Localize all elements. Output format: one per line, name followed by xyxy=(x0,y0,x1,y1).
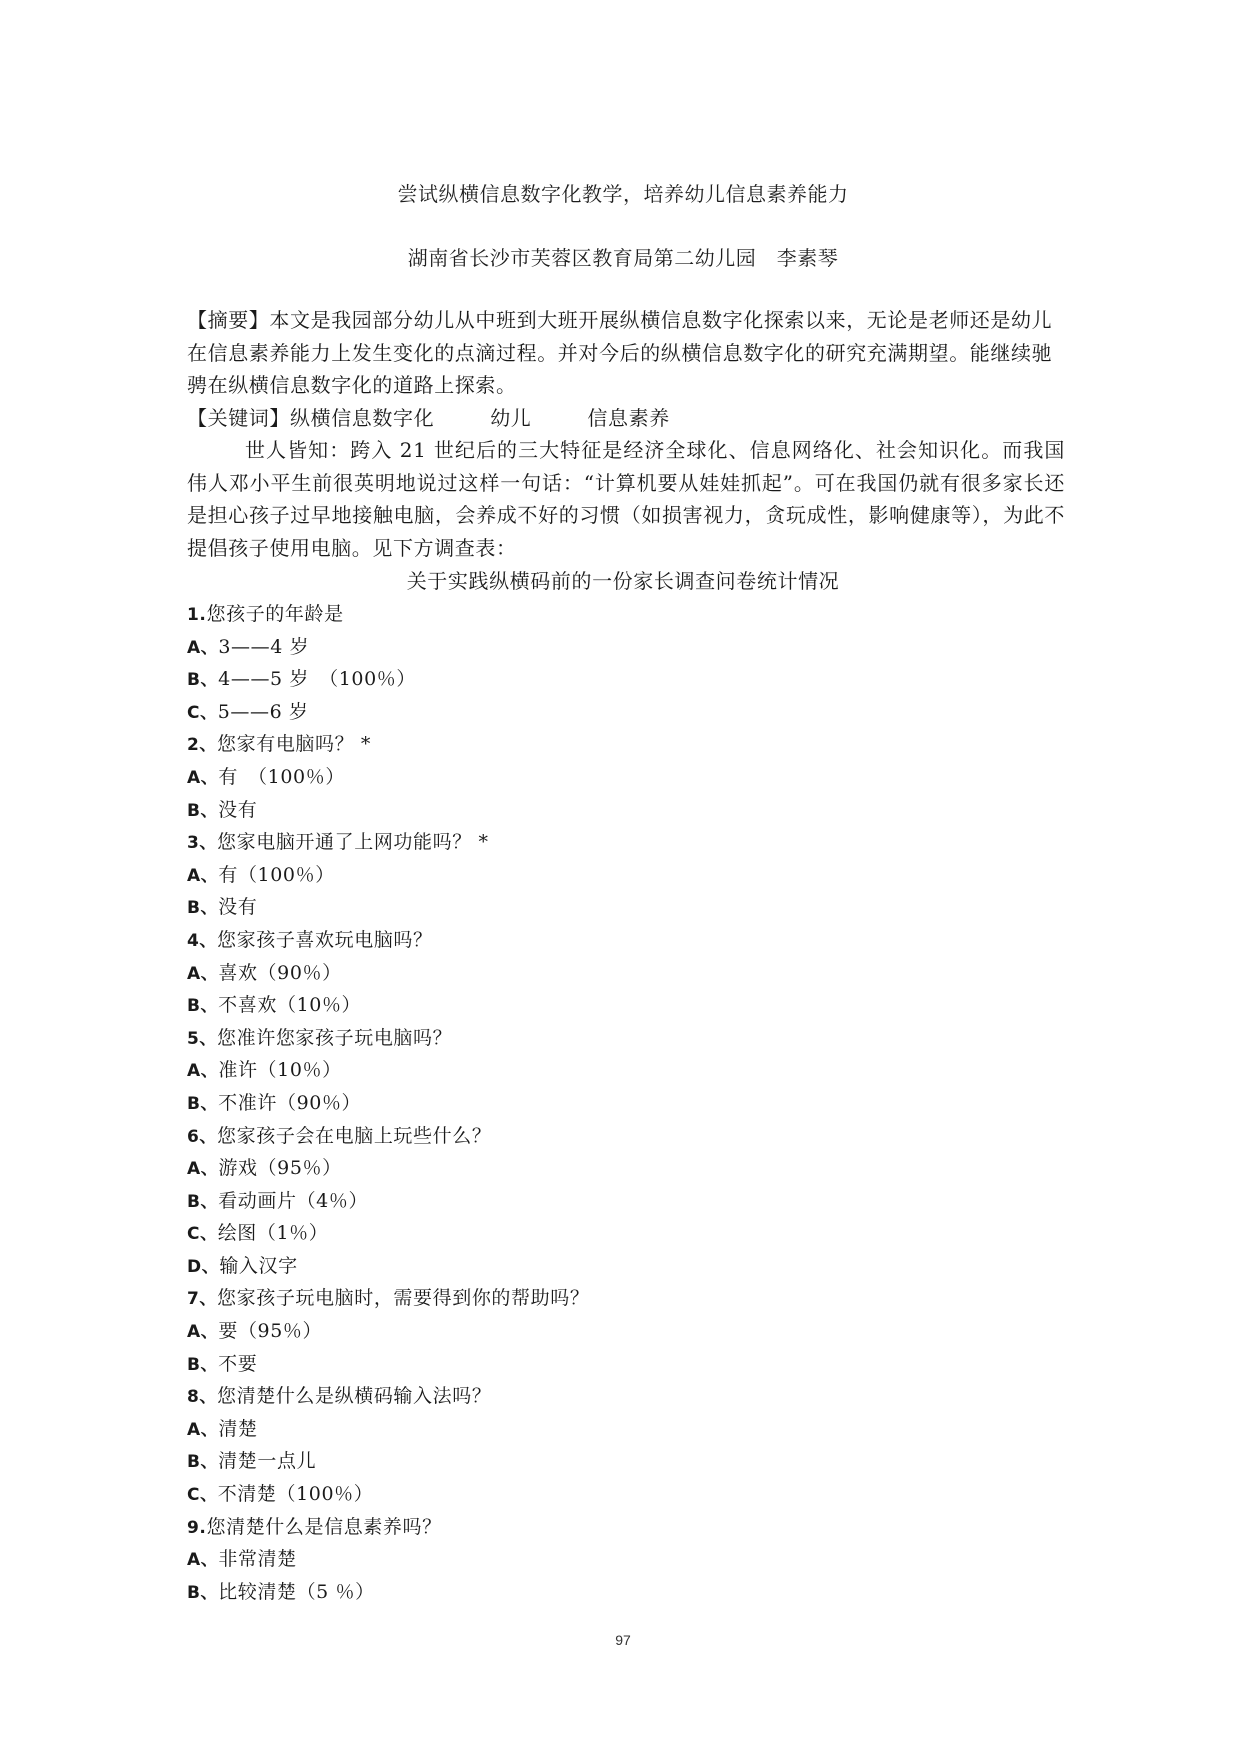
option-key: B、 xyxy=(187,1583,218,1603)
question-number: 6、 xyxy=(187,1127,217,1147)
question-text: 您清楚什么是纵横码输入法吗？ xyxy=(217,1385,491,1407)
option-text: 有 （100％） xyxy=(218,766,345,788)
option-key: A、 xyxy=(187,1420,218,1440)
option-text: 没有 xyxy=(218,896,257,918)
author-line: 湖南省长沙市芙蓉区教育局第二幼儿园 李素琴 xyxy=(0,242,1246,271)
survey-question: 6、您家孩子会在电脑上玩些什么？ xyxy=(187,1120,887,1153)
option-key: B、 xyxy=(187,670,218,690)
survey-option: A、有 （100％） xyxy=(187,761,887,794)
survey-question: 1.您孩子的年龄是 xyxy=(187,598,887,631)
option-text: 不要 xyxy=(218,1353,257,1375)
survey-option: D、输入汉字 xyxy=(187,1250,887,1283)
option-key: A、 xyxy=(187,964,218,984)
keyword-item: 纵横信息数字化 xyxy=(290,406,434,430)
option-text: 绘图（1％） xyxy=(218,1222,329,1244)
survey-option: A、清楚 xyxy=(187,1413,887,1446)
survey-option: A、非常清楚 xyxy=(187,1543,887,1576)
option-text: 不准许（90％） xyxy=(218,1092,361,1114)
option-text: 准许（10％） xyxy=(218,1059,341,1081)
question-number: 5、 xyxy=(187,1029,217,1049)
question-number: 2、 xyxy=(187,735,217,755)
survey-question: 3、您家电脑开通了上网功能吗？ * xyxy=(187,826,887,859)
option-key: B、 xyxy=(187,1094,218,1114)
question-text: 您家孩子会在电脑上玩些什么？ xyxy=(217,1125,491,1147)
survey-option: B、不准许（90％） xyxy=(187,1087,887,1120)
document-title: 尝试纵横信息数字化教学，培养幼儿信息素养能力 xyxy=(0,178,1246,207)
survey-option: B、不要 xyxy=(187,1348,887,1381)
option-key: A、 xyxy=(187,1322,218,1342)
question-text: 您孩子的年龄是 xyxy=(207,603,344,625)
question-text: 您准许您家孩子玩电脑吗？ xyxy=(217,1027,452,1049)
survey-option: B、不喜欢（10％） xyxy=(187,989,887,1022)
keywords-line: 【关键词】纵横信息数字化幼儿信息素养 xyxy=(187,402,1065,435)
question-text: 您清楚什么是信息素养吗？ xyxy=(207,1516,442,1538)
question-number: 1. xyxy=(187,605,207,625)
option-text: 清楚一点儿 xyxy=(218,1450,316,1472)
option-text: 看动画片（4％） xyxy=(218,1190,368,1212)
option-text: 喜欢（90％） xyxy=(218,962,341,984)
option-key: C、 xyxy=(187,1485,218,1505)
intro-paragraph: 世人皆知：跨入 21 世纪后的三大特征是经济全球化、信息网络化、社会知识化。而我… xyxy=(187,434,1065,564)
option-text: 要（95％） xyxy=(218,1320,322,1342)
option-text: 不喜欢（10％） xyxy=(218,994,361,1016)
option-key: A、 xyxy=(187,768,218,788)
survey-option: A、喜欢（90％） xyxy=(187,957,887,990)
question-text: 您家有电脑吗？ * xyxy=(217,733,371,755)
abstract-paragraph: 【摘要】本文是我园部分幼儿从中班到大班开展纵横信息数字化探索以来，无论是老师还是… xyxy=(187,304,1065,402)
survey-question: 9.您清楚什么是信息素养吗？ xyxy=(187,1511,887,1544)
option-key: A、 xyxy=(187,1061,218,1081)
survey-question: 5、您准许您家孩子玩电脑吗？ xyxy=(187,1022,887,1055)
survey-option: C、不清楚（100％） xyxy=(187,1478,887,1511)
option-text: 输入汉字 xyxy=(219,1255,297,1277)
option-text: 比较清楚（5 ％） xyxy=(218,1581,375,1603)
survey-question: 8、您清楚什么是纵横码输入法吗？ xyxy=(187,1380,887,1413)
question-number: 4、 xyxy=(187,931,217,951)
option-key: B、 xyxy=(187,1355,218,1375)
intro-section: 世人皆知：跨入 21 世纪后的三大特征是经济全球化、信息网络化、社会知识化。而我… xyxy=(187,434,1065,564)
option-key: A、 xyxy=(187,866,218,886)
option-text: 3——4 岁 xyxy=(218,636,309,658)
survey-option: B、比较清楚（5 ％） xyxy=(187,1576,887,1609)
option-text: 清楚 xyxy=(218,1418,257,1440)
survey-option: B、清楚一点儿 xyxy=(187,1445,887,1478)
survey-option: A、3——4 岁 xyxy=(187,631,887,664)
option-text: 5——6 岁 xyxy=(218,701,309,723)
option-key: B、 xyxy=(187,1192,218,1212)
survey-question: 2、您家有电脑吗？ * xyxy=(187,728,887,761)
survey-option: B、没有 xyxy=(187,794,887,827)
option-key: A、 xyxy=(187,638,218,658)
option-key: C、 xyxy=(187,1224,218,1244)
survey-option: B、看动画片（4％） xyxy=(187,1185,887,1218)
option-text: 非常清楚 xyxy=(218,1548,296,1570)
question-number: 3、 xyxy=(187,833,217,853)
survey-title: 关于实践纵横码前的一份家长调查问卷统计情况 xyxy=(0,565,1246,594)
question-text: 您家电脑开通了上网功能吗？ * xyxy=(217,831,489,853)
question-number: 9. xyxy=(187,1518,207,1538)
question-number: 7、 xyxy=(187,1289,217,1309)
option-text: 游戏（95％） xyxy=(218,1157,341,1179)
survey-option: A、游戏（95％） xyxy=(187,1152,887,1185)
survey-option: C、5——6 岁 xyxy=(187,696,887,729)
keywords-label: 【关键词】 xyxy=(187,406,290,430)
survey-option: B、4——5 岁 （100％） xyxy=(187,663,887,696)
option-key: B、 xyxy=(187,1452,218,1472)
survey-option: C、绘图（1％） xyxy=(187,1217,887,1250)
survey-question: 7、您家孩子玩电脑时，需要得到你的帮助吗？ xyxy=(187,1282,887,1315)
option-text: 有（100％） xyxy=(218,864,334,886)
survey-option: A、准许（10％） xyxy=(187,1054,887,1087)
option-key: C、 xyxy=(187,703,218,723)
keyword-item: 幼儿 xyxy=(490,406,531,430)
survey-question: 4、您家孩子喜欢玩电脑吗？ xyxy=(187,924,887,957)
survey-option: A、有（100％） xyxy=(187,859,887,892)
keyword-item: 信息素养 xyxy=(587,406,669,430)
option-key: B、 xyxy=(187,996,218,1016)
option-text: 4——5 岁 （100％） xyxy=(218,668,416,690)
survey-list: 1.您孩子的年龄是 A、3——4 岁 B、4——5 岁 （100％） C、5——… xyxy=(187,598,887,1608)
document-page: 尝试纵横信息数字化教学，培养幼儿信息素养能力 湖南省长沙市芙蓉区教育局第二幼儿园… xyxy=(0,0,1246,1763)
page-number: 97 xyxy=(0,1632,1246,1648)
option-key: B、 xyxy=(187,898,218,918)
question-text: 您家孩子玩电脑时，需要得到你的帮助吗？ xyxy=(217,1287,589,1309)
option-key: A、 xyxy=(187,1550,218,1570)
question-text: 您家孩子喜欢玩电脑吗？ xyxy=(217,929,433,951)
survey-option: A、要（95％） xyxy=(187,1315,887,1348)
option-text: 没有 xyxy=(218,799,257,821)
survey-option: B、没有 xyxy=(187,891,887,924)
option-text: 不清楚（100％） xyxy=(218,1483,374,1505)
option-key: B、 xyxy=(187,801,218,821)
question-number: 8、 xyxy=(187,1387,217,1407)
option-key: D、 xyxy=(187,1257,219,1277)
option-key: A、 xyxy=(187,1159,218,1179)
